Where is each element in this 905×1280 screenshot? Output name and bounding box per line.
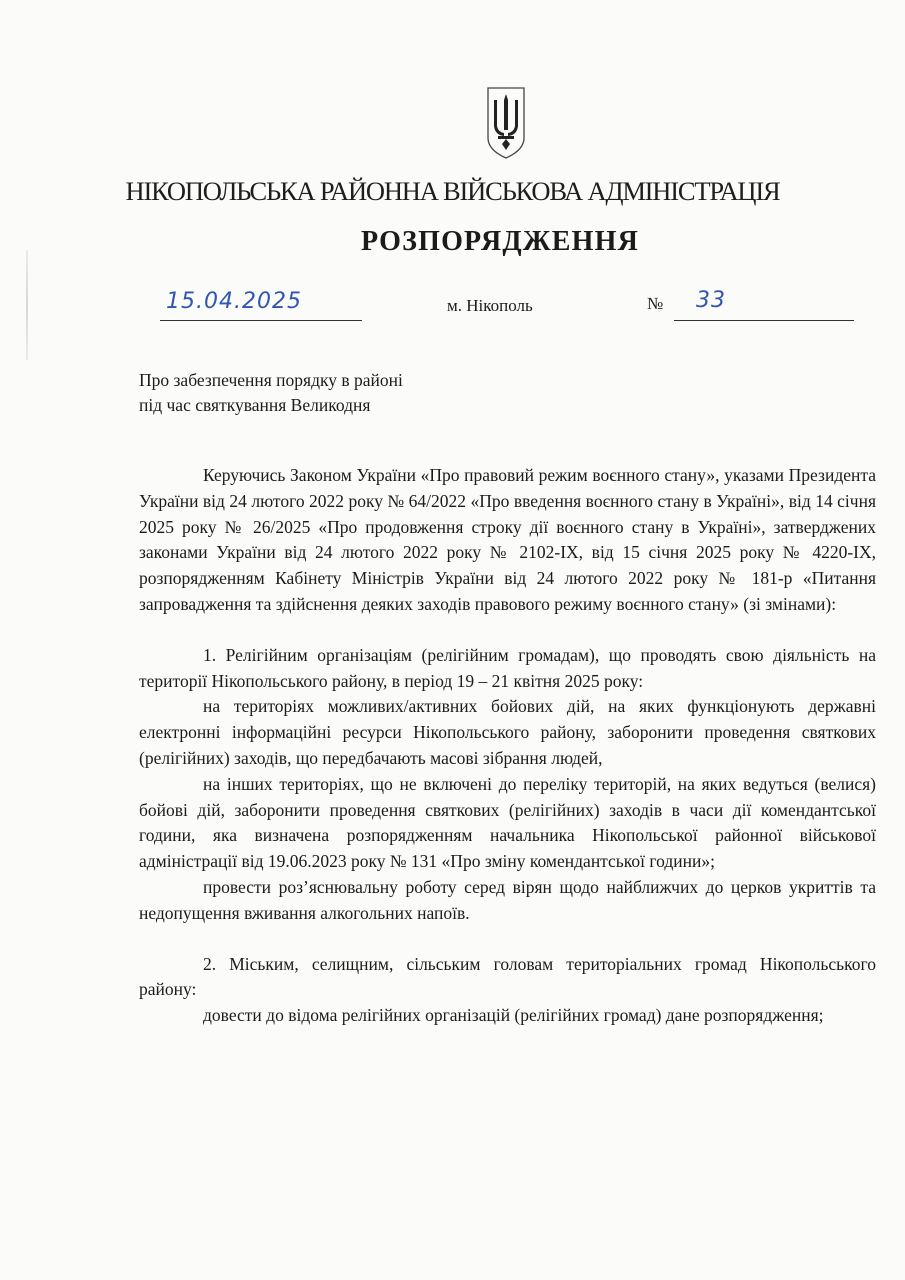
organization-name: НІКОПОЛЬСЬКА РАЙОННА ВІЙСЬКОВА АДМІНІСТР… (0, 176, 905, 207)
document-page: НІКОПОЛЬСЬКА РАЙОННА ВІЙСЬКОВА АДМІНІСТР… (0, 0, 905, 1280)
handwritten-date: 15.04.2025 (166, 289, 302, 314)
subject-line: Про забезпечення порядку в районі (139, 368, 403, 393)
item-1-subpoint: на територіях можливих/активних бойових … (139, 694, 876, 771)
document-type-title: РОЗПОРЯДЖЕННЯ (0, 226, 905, 258)
item-2-lead: 2. Міським, селищним, сільським головам … (139, 952, 876, 1004)
subject-line: під час святкування Великодня (139, 393, 403, 418)
city-label: м. Нікополь (447, 296, 533, 316)
subject-heading: Про забезпечення порядку в районі під ча… (139, 368, 403, 418)
item-1-subpoint: провести роз’яснювальну роботу серед вір… (139, 875, 876, 927)
handwritten-number: 33 (696, 288, 726, 313)
scan-artifact (26, 250, 28, 360)
document-body: Керуючись Законом України «Про правовий … (139, 463, 876, 1029)
item-1-subpoint: на інших територіях, що не включені до п… (139, 772, 876, 875)
number-label: № (647, 294, 663, 314)
preamble-paragraph: Керуючись Законом України «Про правовий … (139, 463, 876, 618)
coat-of-arms-icon (486, 86, 526, 160)
item-1-lead: 1. Релігійним організаціям (релігійним г… (139, 643, 876, 695)
date-field: 15.04.2025 (160, 290, 362, 321)
item-2-subpoint: довести до відома релігійних організацій… (139, 1003, 876, 1029)
number-field: 33 (674, 290, 854, 321)
